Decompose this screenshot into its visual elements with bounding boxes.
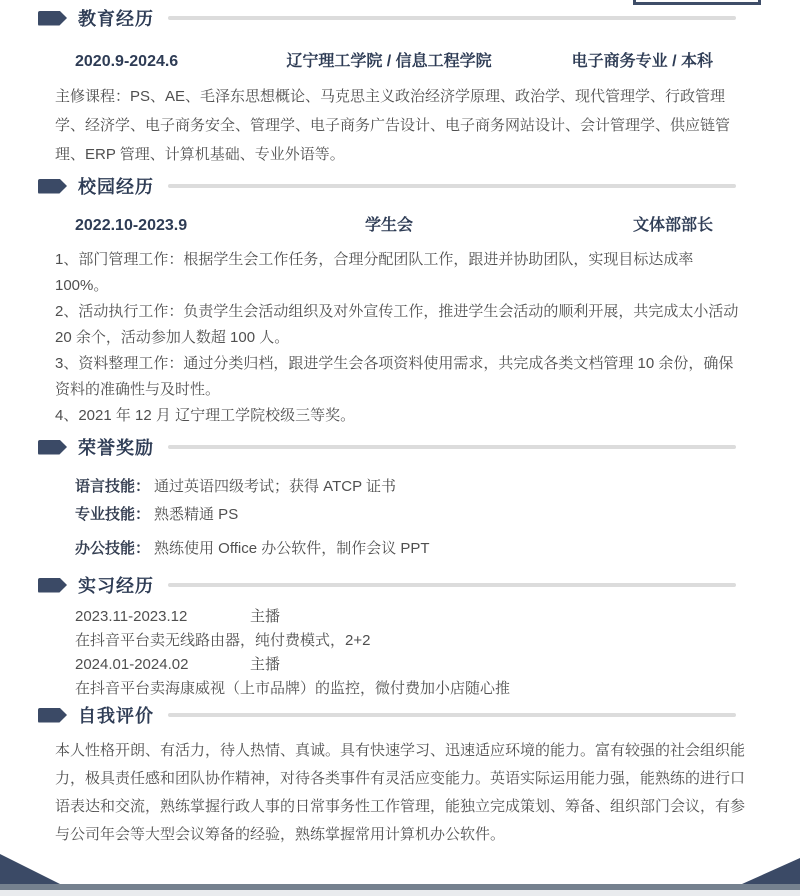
- section-header-campus: 校园经历: [38, 174, 736, 198]
- skill-label: 语言技能：: [75, 478, 150, 495]
- footer-strip: [0, 890, 800, 896]
- campus-bullet: 3、资料整理工作：通过分类归档，跟进学生会各项资料使用需求，共完成各类文档管理 …: [55, 351, 745, 403]
- education-major: 电子商务专业 / 本科: [503, 48, 713, 71]
- skill-label: 专业技能：: [75, 506, 150, 523]
- section-header-honors: 荣誉奖励: [38, 435, 736, 459]
- section-title-internship: 实习经历: [78, 572, 154, 598]
- internship-list: 2023.11-2023.12主播 在抖音平台卖无线路由器，纯付费模式，2+2 …: [75, 605, 745, 701]
- education-summary-row: 2020.9-2024.6 辽宁理工学院 / 信息工程学院 电子商务专业 / 本…: [75, 48, 713, 71]
- campus-bullet-list: 1、部门管理工作：根据学生会工作任务，合理分配团队工作，跟进并协助团队，实现目标…: [0, 247, 800, 429]
- campus-bullet: 4、2021 年 12 月 辽宁理工学院校级三等奖。: [55, 403, 745, 429]
- campus-organization: 学生会: [275, 212, 503, 235]
- section-honors: 荣誉奖励 语言技能：通过英语四级考试；获得 ATCP 证书 专业技能：熟悉精通 …: [0, 435, 800, 563]
- skill-office: 办公技能：熟练使用 Office 办公软件，制作会议 PPT: [75, 535, 745, 563]
- section-self-evaluation: 自我评价 本人性格开朗、有活力，待人热情、真诚。具有快速学习、迅速适应环境的能力…: [0, 703, 800, 849]
- education-school: 辽宁理工学院 / 信息工程学院: [275, 48, 503, 71]
- section-title-self-evaluation: 自我评价: [78, 702, 154, 728]
- internship-entry-header: 2024.01-2024.02主播: [75, 653, 745, 677]
- section-header-self-evaluation: 自我评价: [38, 703, 736, 727]
- section-divider-line: [168, 16, 736, 20]
- skill-value: 通过英语四级考试；获得 ATCP 证书: [154, 478, 396, 495]
- internship-description: 在抖音平台卖无线路由器，纯付费模式，2+2: [75, 629, 745, 653]
- section-header-internship: 实习经历: [38, 573, 736, 597]
- campus-date: 2022.10-2023.9: [75, 217, 275, 235]
- education-courses: 主修课程：PS、AE、毛泽东思想概论、马克思主义政治经济学原理、政治学、现代管理…: [55, 82, 745, 169]
- section-tag-icon: [38, 179, 67, 194]
- section-campus: 校园经历 2022.10-2023.9 学生会 文体部部长 1、部门管理工作：根…: [0, 174, 800, 429]
- campus-summary-row: 2022.10-2023.9 学生会 文体部部长: [75, 212, 713, 235]
- section-divider-line: [168, 445, 736, 449]
- skill-label: 办公技能：: [75, 540, 150, 557]
- campus-role: 文体部部长: [503, 212, 713, 235]
- section-title-campus: 校园经历: [78, 173, 154, 199]
- section-divider-line: [168, 583, 736, 587]
- photo-thumbnail: [633, 0, 761, 5]
- skill-professional: 专业技能：熟悉精通 PS: [75, 501, 745, 529]
- section-header-education: 教育经历: [38, 6, 736, 30]
- skill-value: 熟练使用 Office 办公软件，制作会议 PPT: [154, 540, 430, 557]
- corner-triangle-left-icon: [0, 854, 60, 884]
- corner-triangle-right-icon: [742, 858, 800, 884]
- section-education: 教育经历 2020.9-2024.6 辽宁理工学院 / 信息工程学院 电子商务专…: [0, 6, 800, 169]
- section-tag-icon: [38, 11, 67, 26]
- section-internship: 实习经历 2023.11-2023.12主播 在抖音平台卖无线路由器，纯付费模式…: [0, 573, 800, 701]
- internship-date: 2024.01-2024.02: [75, 653, 250, 677]
- education-date: 2020.9-2024.6: [75, 53, 275, 71]
- internship-role: 主播: [250, 608, 280, 625]
- skill-value: 熟悉精通 PS: [154, 506, 238, 523]
- campus-bullet: 1、部门管理工作：根据学生会工作任务，合理分配团队工作，跟进并协助团队，实现目标…: [55, 247, 745, 299]
- internship-role: 主播: [250, 656, 280, 673]
- section-divider-line: [168, 184, 736, 188]
- section-tag-icon: [38, 708, 67, 723]
- resume-page: 教育经历 2020.9-2024.6 辽宁理工学院 / 信息工程学院 电子商务专…: [0, 0, 800, 896]
- internship-date: 2023.11-2023.12: [75, 605, 250, 629]
- section-title-honors: 荣誉奖励: [78, 434, 154, 460]
- skill-language: 语言技能：通过英语四级考试；获得 ATCP 证书: [75, 473, 745, 501]
- section-tag-icon: [38, 440, 67, 455]
- section-tag-icon: [38, 578, 67, 593]
- section-title-education: 教育经历: [78, 5, 154, 31]
- internship-entry-header: 2023.11-2023.12主播: [75, 605, 745, 629]
- internship-description: 在抖音平台卖海康威视（上市品牌）的监控，微付费加小店随心推: [75, 677, 745, 701]
- self-evaluation-text: 本人性格开朗、有活力，待人热情、真诚。具有快速学习、迅速适应环境的能力。富有较强…: [55, 737, 745, 849]
- campus-bullet: 2、活动执行工作：负责学生会活动组织及对外宣传工作，推进学生会活动的顺利开展，共…: [55, 299, 745, 351]
- skills-list: 语言技能：通过英语四级考试；获得 ATCP 证书 专业技能：熟悉精通 PS 办公…: [75, 473, 745, 563]
- section-divider-line: [168, 713, 736, 717]
